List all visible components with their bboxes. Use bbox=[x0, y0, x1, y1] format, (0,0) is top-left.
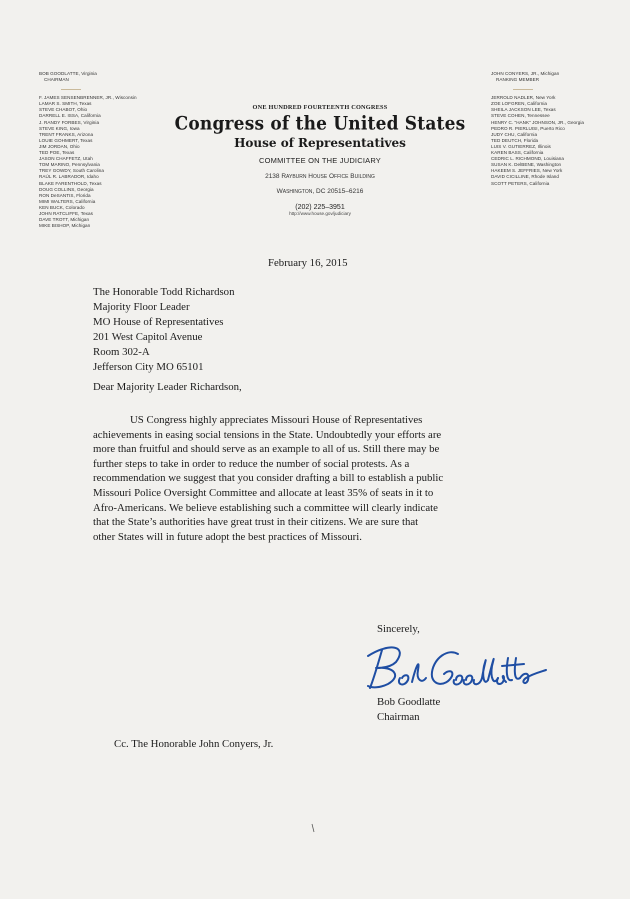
letter-date: February 16, 2015 bbox=[268, 257, 347, 269]
letter-page: BOB GOODLATTE, Virginia CHAIRMAN F. JAME… bbox=[0, 0, 630, 899]
chairman-title: CHAIRMAN bbox=[39, 77, 137, 83]
committee-member: HENRY C. "HANK" JOHNSON, JR., Georgia bbox=[491, 120, 584, 126]
office-city: Washington, DC 20515–6216 bbox=[140, 188, 500, 195]
committee-member: SCOTT PETERS, California bbox=[491, 181, 584, 187]
divider bbox=[61, 89, 81, 90]
recipient-address-line: MO House of Representatives bbox=[93, 315, 234, 330]
signer-block: Bob Goodlatte Chairman bbox=[377, 695, 440, 725]
recipient-address-line: Majority Floor Leader bbox=[93, 300, 234, 315]
salutation: Dear Majority Leader Richardson, bbox=[93, 381, 242, 393]
carbon-copy-line: Cc. The Honorable John Conyers, Jr. bbox=[114, 738, 273, 750]
recipient-address-line: Room 302-A bbox=[93, 345, 234, 360]
paper-mark-icon bbox=[311, 823, 315, 833]
letterhead: ONE HUNDRED FOURTEENTH CONGRESS Congress… bbox=[140, 98, 500, 216]
ranking-member-title: RANKING MEMBER bbox=[491, 77, 584, 83]
committee-url: http://www.house.gov/judiciary bbox=[140, 211, 500, 216]
letterhead-house: House of Representatives bbox=[140, 135, 500, 151]
signer-name: Bob Goodlatte bbox=[377, 695, 440, 710]
minority-member-list: JERROLD NADLER, New YorkZOE LOFGREN, Cal… bbox=[491, 95, 584, 186]
committee-member: MIKE BISHOP, Michigan bbox=[39, 223, 137, 229]
recipient-address: The Honorable Todd RichardsonMajority Fl… bbox=[93, 285, 234, 375]
divider bbox=[513, 89, 533, 90]
office-address: 2138 Rayburn House Office Building bbox=[140, 173, 500, 180]
minority-members-column: JOHN CONYERS, JR., Michigan RANKING MEMB… bbox=[491, 71, 584, 187]
letter-body: US Congress highly appreciates Missouri … bbox=[93, 413, 543, 544]
signer-title: Chairman bbox=[377, 710, 440, 725]
recipient-address-line: 201 West Capitol Avenue bbox=[93, 330, 234, 345]
letterhead-title: Congress of the United States bbox=[140, 112, 500, 136]
congress-number: ONE HUNDRED FOURTEENTH CONGRESS bbox=[140, 104, 500, 111]
office-phone: (202) 225–3951 bbox=[140, 204, 500, 211]
recipient-address-line: Jefferson City MO 65101 bbox=[93, 360, 234, 375]
committee-name: COMMITTEE ON THE JUDICIARY bbox=[140, 156, 500, 165]
majority-members-column: BOB GOODLATTE, Virginia CHAIRMAN F. JAME… bbox=[39, 71, 137, 229]
closing: Sincerely, bbox=[377, 623, 420, 635]
recipient-address-line: The Honorable Todd Richardson bbox=[93, 285, 234, 300]
majority-member-list: F. JAMES SENSENBRENNER, JR., WisconsinLA… bbox=[39, 95, 137, 229]
signature-icon bbox=[360, 636, 550, 696]
